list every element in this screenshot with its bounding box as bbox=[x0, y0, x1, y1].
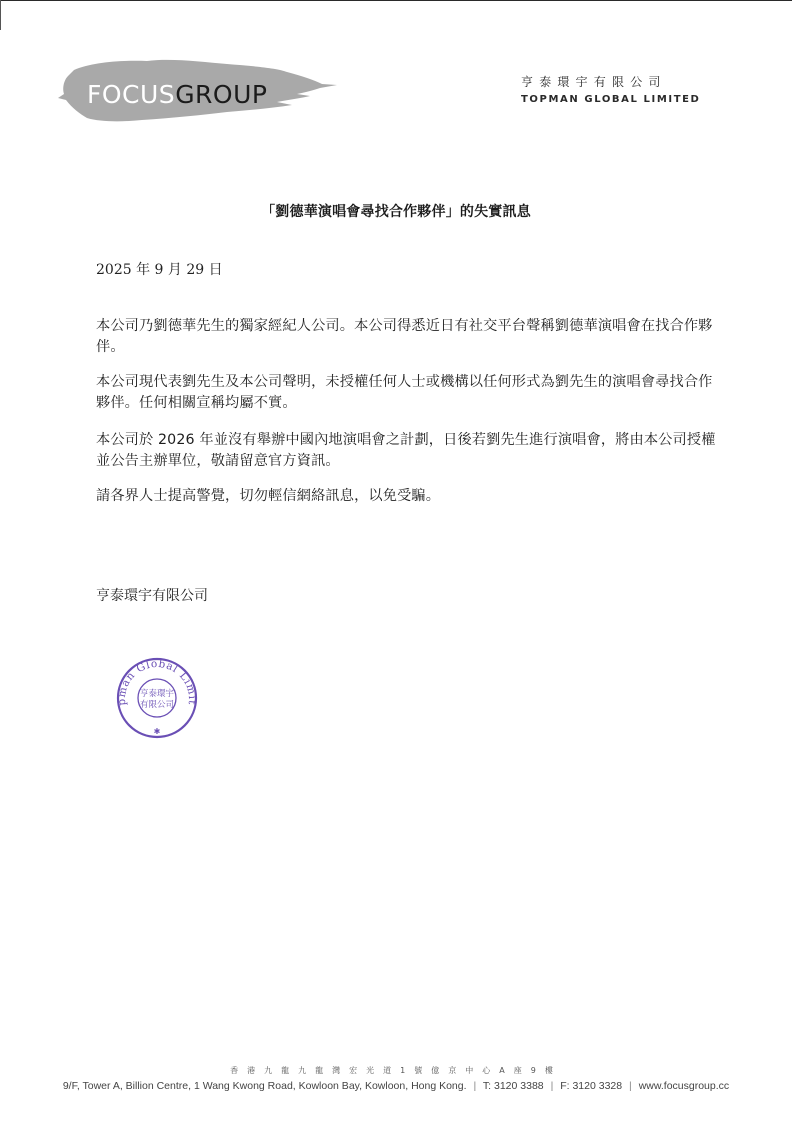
footer-separator: | bbox=[473, 1080, 476, 1092]
document-title: 「劉德華演唱會尋找合作夥伴」的失實訊息 bbox=[0, 201, 792, 221]
seal-inner-line1: 亨泰環宇 bbox=[140, 688, 175, 699]
footer-address-en: 9/F, Tower A, Billion Centre, 1 Wang Kwo… bbox=[63, 1080, 467, 1092]
logo-focus-text: FOCUS bbox=[87, 80, 175, 109]
seal-star-mark: ✱ bbox=[154, 727, 161, 736]
page-top-edge bbox=[0, 0, 792, 1]
paragraph-4: 請各界人士提高警覺，切勿輕信網絡訊息，以免受騙。 bbox=[96, 486, 716, 507]
company-seal-stamp: Topman Global Limited 亨泰環宇 有限公司 ✱ bbox=[114, 657, 200, 739]
page-left-edge bbox=[0, 0, 1, 30]
footer-fax: F: 3120 3328 bbox=[560, 1080, 622, 1092]
company-header: 亨泰環宇有限公司 TOPMAN GLOBAL LIMITED bbox=[521, 74, 700, 107]
footer-address-cn: 香港九龍九龍灣宏光道1號億京中心A座9樓 bbox=[0, 1065, 792, 1076]
footer-separator: | bbox=[629, 1080, 632, 1092]
paragraph-2: 本公司現代表劉先生及本公司聲明，未授權任何人士或機構以任何形式為劉先生的演唱會尋… bbox=[96, 372, 716, 414]
logo-wordmark: FOCUSGROUP bbox=[87, 80, 267, 110]
focus-group-logo: FOCUSGROUP bbox=[52, 52, 342, 132]
footer-separator: | bbox=[551, 1080, 554, 1092]
logo-group-text: GROUP bbox=[175, 80, 267, 109]
footer-website-link[interactable]: www.focusgroup.cc bbox=[639, 1080, 729, 1092]
footer-phone: T: 3120 3388 bbox=[483, 1080, 544, 1092]
company-name-cn: 亨泰環宇有限公司 bbox=[521, 74, 700, 90]
footer-contact-line: 9/F, Tower A, Billion Centre, 1 Wang Kwo… bbox=[0, 1080, 792, 1092]
document-date: 2025 年 9 月 29 日 bbox=[96, 259, 223, 279]
paragraph-1: 本公司乃劉德華先生的獨家經紀人公司。本公司得悉近日有社交平台聲稱劉德華演唱會在找… bbox=[96, 316, 716, 358]
seal-inner-line2: 有限公司 bbox=[140, 699, 174, 710]
paragraph-3: 本公司於 2026 年並沒有舉辦中國內地演唱會之計劃，日後若劉先生進行演唱會，將… bbox=[96, 430, 716, 472]
seal-icon: Topman Global Limited 亨泰環宇 有限公司 ✱ bbox=[114, 657, 200, 739]
company-name-en: TOPMAN GLOBAL LIMITED bbox=[521, 93, 700, 107]
signature-company: 亨泰環宇有限公司 bbox=[96, 585, 208, 605]
